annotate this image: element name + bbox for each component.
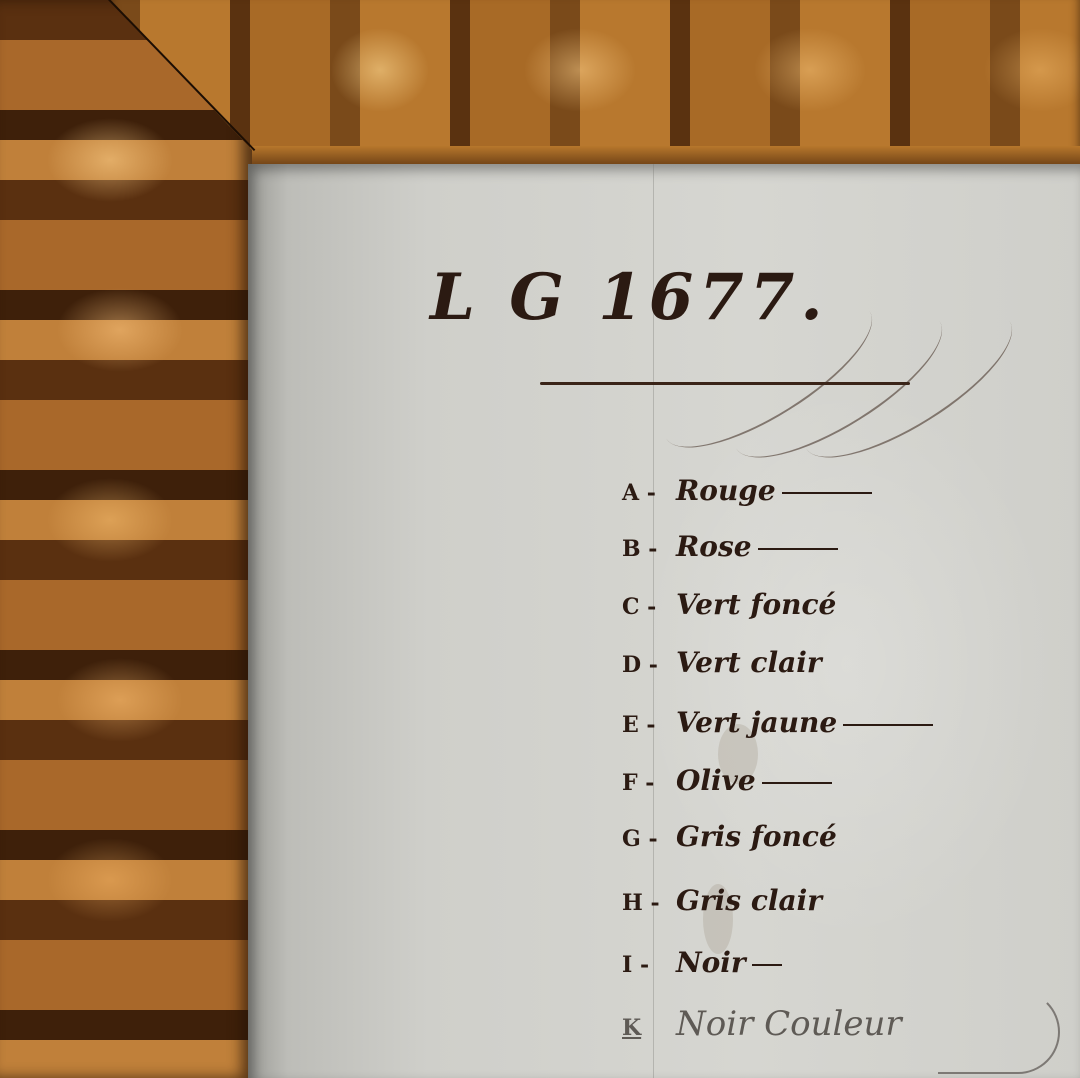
list-item: E -Vert jaune: [622, 706, 933, 739]
photo-scene: L G 1677. A -Rouge B -Rose C -Vert foncé…: [0, 0, 1080, 1078]
list-item-pencil: KNoir Couleur: [622, 1004, 902, 1044]
frame-top-rail: [110, 0, 1080, 168]
document-paper: L G 1677. A -Rouge B -Rose C -Vert foncé…: [248, 164, 1080, 1078]
frame-top-lip: [250, 146, 1080, 166]
list-item: I -Noir: [622, 946, 782, 979]
document-title: L G 1677.: [430, 260, 829, 335]
list-item: B -Rose: [622, 530, 838, 563]
list-item: D -Vert clair: [622, 646, 822, 679]
list-item: C -Vert foncé: [622, 588, 836, 621]
list-item: H -Gris clair: [622, 884, 822, 917]
list-item: F -Olive: [622, 764, 832, 797]
pencil-flourish: [938, 990, 1060, 1074]
list-item: G -Gris foncé: [622, 820, 837, 853]
frame-left-rail: [0, 0, 252, 1078]
list-item: A -Rouge: [622, 474, 872, 507]
